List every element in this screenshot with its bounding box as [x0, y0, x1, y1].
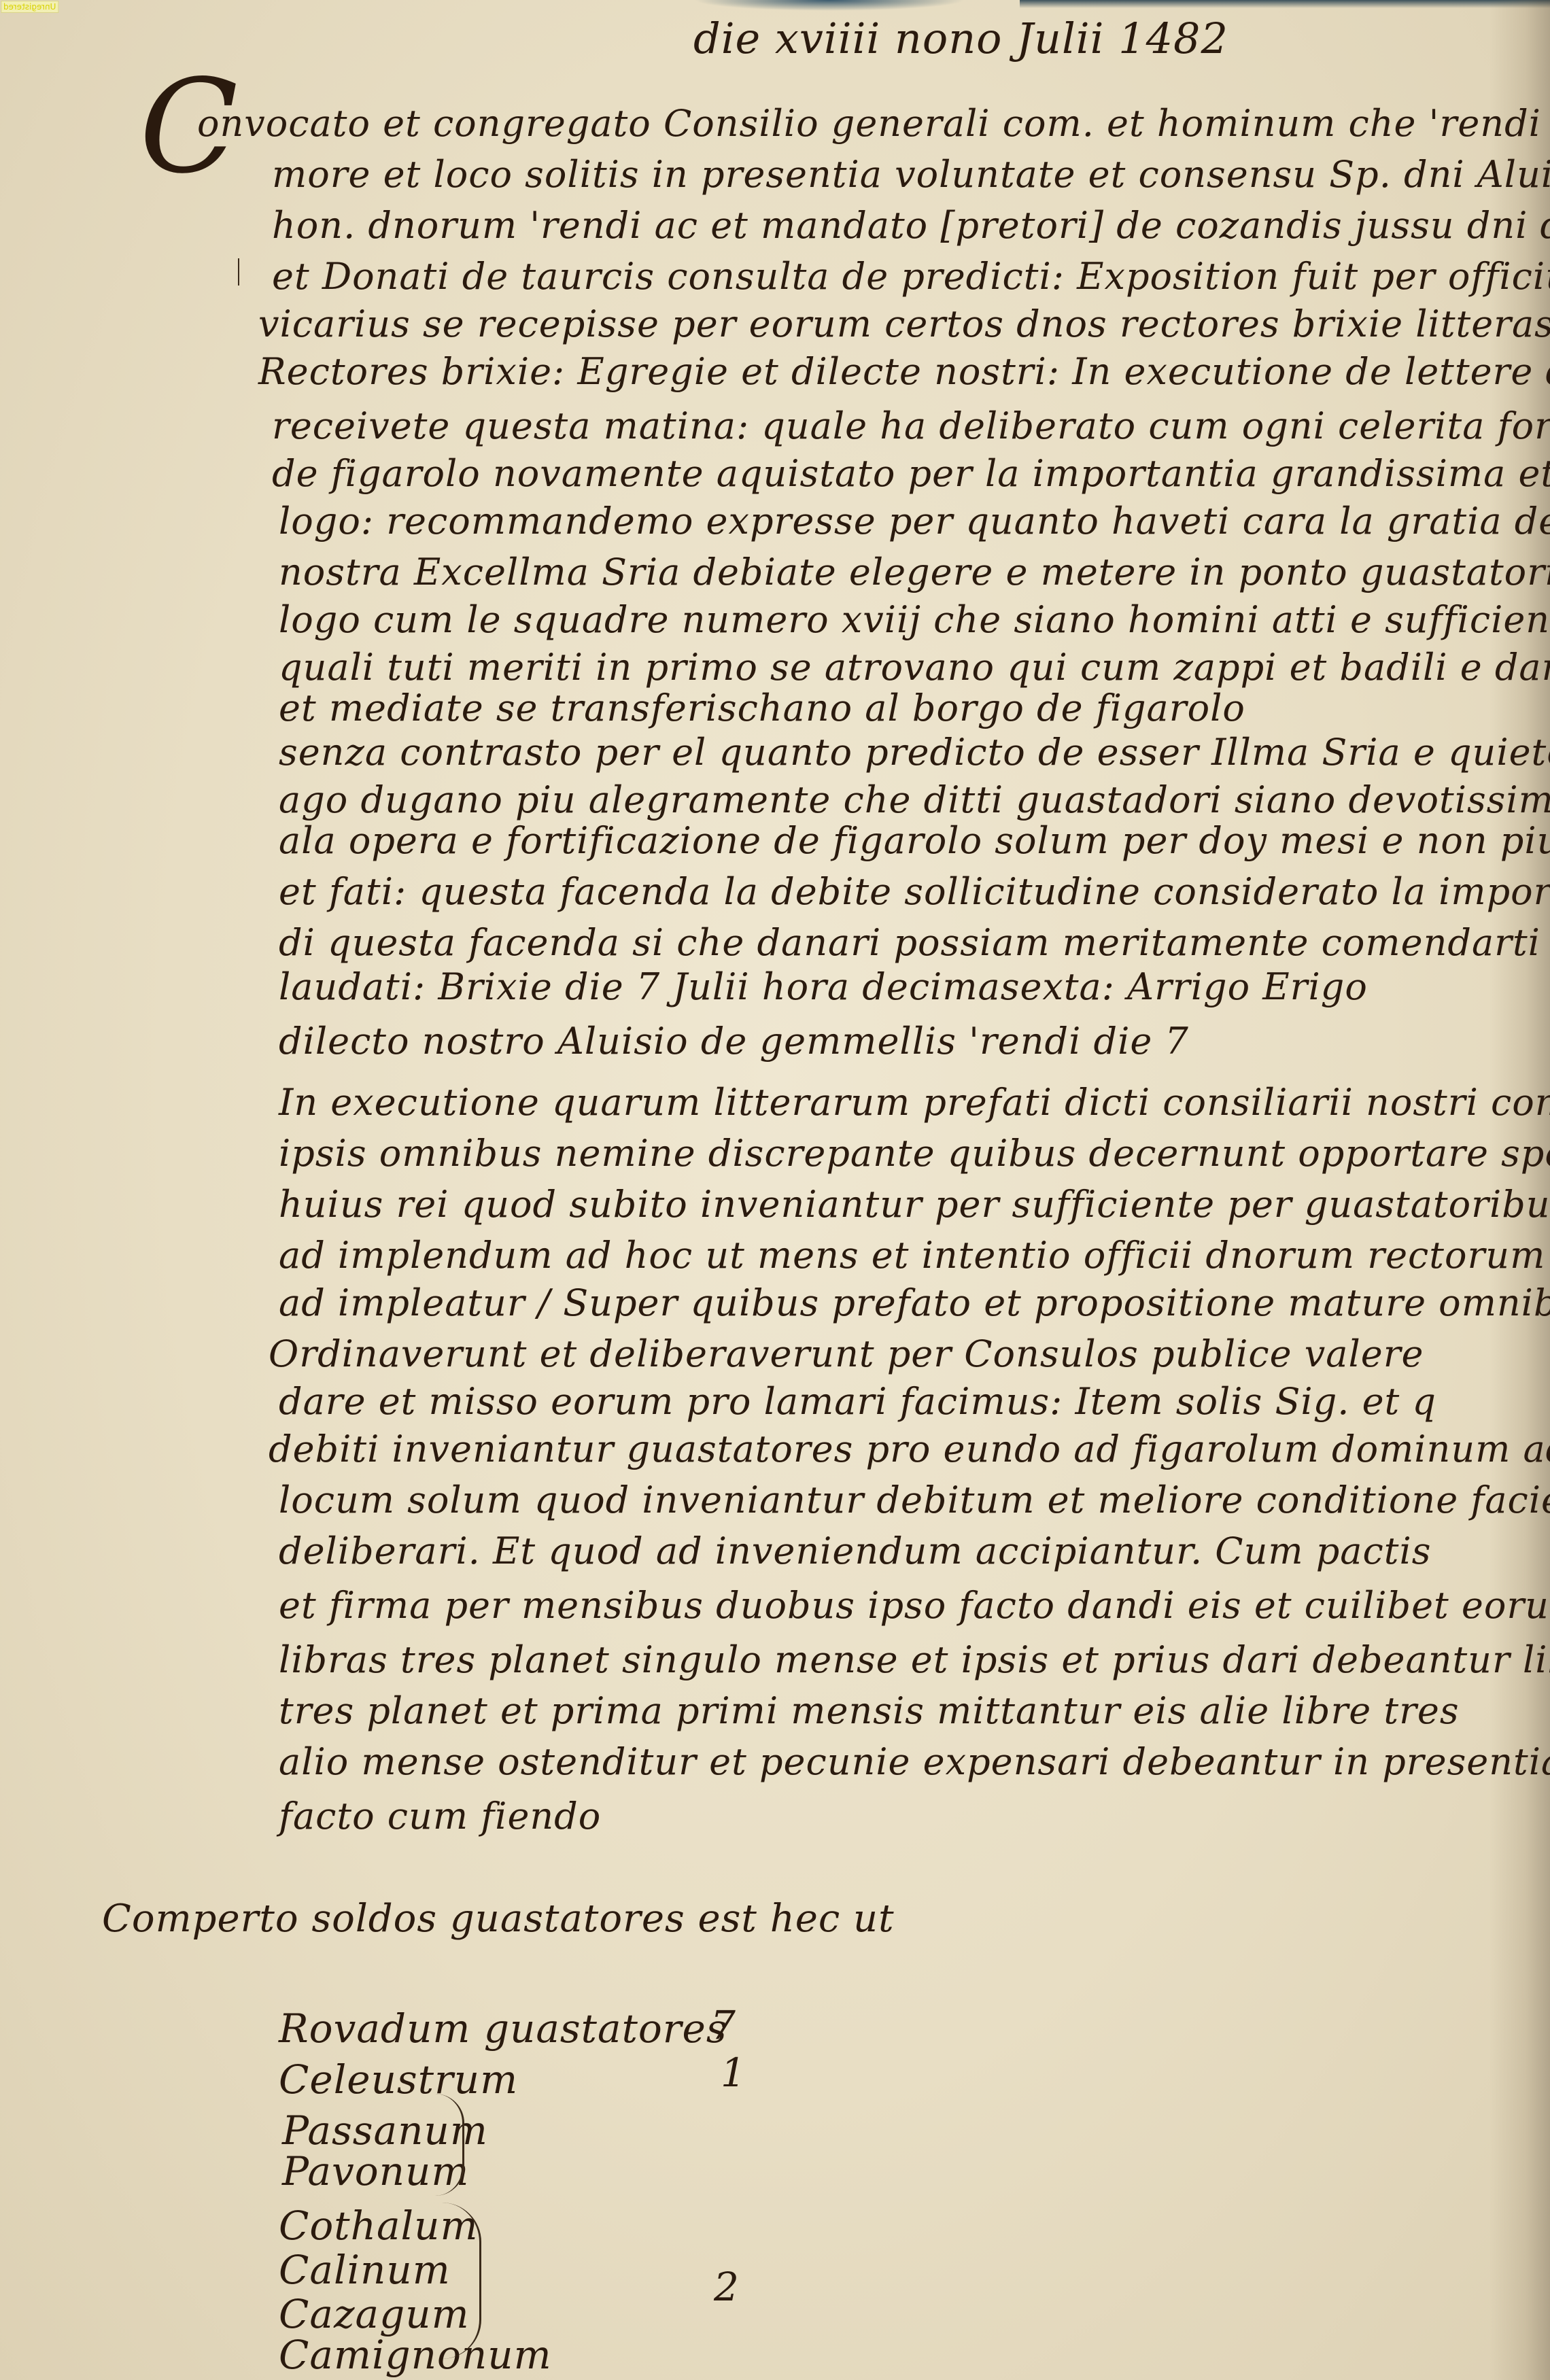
list-bracket — [442, 2203, 481, 2359]
manuscript-page: Unregistered die xviiii nono Julii 1482 … — [0, 0, 1550, 2380]
list-heading: Comperto soldos guastatores est hec ut — [102, 1897, 895, 1941]
list-entry-count: 7 — [710, 2002, 736, 2048]
list-entry-name: Camignonum — [279, 2332, 552, 2378]
text-line: et mediate se transferischano al borgo d… — [279, 687, 1245, 729]
text-line: tres planet et prima primi mensis mittan… — [279, 1689, 1460, 1732]
text-line: et Donati de taurcis consulta de predict… — [272, 255, 1550, 298]
text-line: more et loco solitis in presentia volunt… — [272, 153, 1550, 196]
text-line: libras tres planet singulo mense et ipsi… — [279, 1638, 1550, 1681]
text-line: huius rei quod subito inveniantur per su… — [279, 1183, 1550, 1226]
text-line: di questa facenda si che danari possiam … — [279, 921, 1550, 964]
text-line: facto cum fiendo — [279, 1795, 601, 1838]
text-line: logo: recommandemo expresse per quanto h… — [279, 500, 1550, 542]
list-entry-count: 2 — [714, 2264, 740, 2310]
text-line: ad implendum ad hoc ut mens et intentio … — [279, 1234, 1545, 1277]
list-entry-name: Calinum — [279, 2247, 451, 2293]
text-line: vicarius se recepisse per eorum certos d… — [258, 303, 1550, 345]
margin-mark — [238, 258, 239, 286]
text-line: hon. dnorum 'rendi ac et mandato [pretor… — [272, 204, 1550, 247]
list-entry-name: Celeustrum — [279, 2056, 518, 2103]
text-line: et firma per mensibus duobus ipso facto … — [279, 1584, 1550, 1627]
date-heading: die xviiii nono Julii 1482 — [693, 14, 1228, 63]
text-line: debiti inveniantur guastatores pro eundo… — [269, 1428, 1550, 1470]
text-line: nostra Excellma Sria debiate elegere e m… — [279, 551, 1550, 593]
list-bracket — [435, 2094, 464, 2196]
text-line: In executione quarum litterarum prefati … — [279, 1081, 1550, 1124]
text-line: ad impleatur / Super quibus prefato et p… — [279, 1281, 1550, 1324]
text-line: onvocato et congregato Consilio generali… — [197, 102, 1550, 145]
text-line: Rectores brixie: Egregie et dilecte nost… — [258, 350, 1550, 393]
text-line: de figarolo novamente aquistato per la i… — [272, 452, 1550, 495]
text-line: quali tuti meriti in primo se atrovano q… — [279, 646, 1550, 689]
text-line: et fati: questa facenda la debite sollic… — [279, 870, 1550, 913]
text-line: ago dugano piu alegramente che ditti gua… — [279, 778, 1550, 821]
text-line: alio mense ostenditur et pecunie expensa… — [279, 1740, 1550, 1783]
unregistered-watermark: Unregistered — [1, 1, 58, 13]
list-entry-count: 1 — [721, 2050, 746, 2096]
text-line: locum solum quod inveniantur debitum et … — [279, 1479, 1550, 1521]
scan-edge-shadow — [1020, 0, 1550, 8]
text-line: ipsis omnibus nemine discrepante quibus … — [279, 1132, 1550, 1175]
text-line: dilecto nostro Aluisio de gemmellis 'ren… — [279, 1020, 1189, 1063]
text-line: ala opera e fortificazione de figarolo s… — [279, 819, 1550, 862]
text-line: deliberari. Et quod ad inveniendum accip… — [279, 1530, 1431, 1572]
text-line: dare et misso eorum pro lamari facimus: … — [279, 1380, 1436, 1423]
text-line: laudati: Brixie die 7 Julii hora decimas… — [279, 965, 1368, 1008]
list-entry-name: Cazagum — [279, 2291, 470, 2337]
list-entry-name: Rovadum guastatores — [279, 2005, 727, 2052]
text-line: Ordinaverunt et deliberaverunt per Consu… — [269, 1332, 1424, 1375]
text-line: senza contrasto per el quanto predicto d… — [279, 731, 1550, 774]
text-line: logo cum le squadre numero xviij che sia… — [279, 598, 1550, 641]
scan-clip-shadow — [693, 0, 965, 11]
text-line: receivete questa matina: quale ha delibe… — [272, 404, 1550, 447]
